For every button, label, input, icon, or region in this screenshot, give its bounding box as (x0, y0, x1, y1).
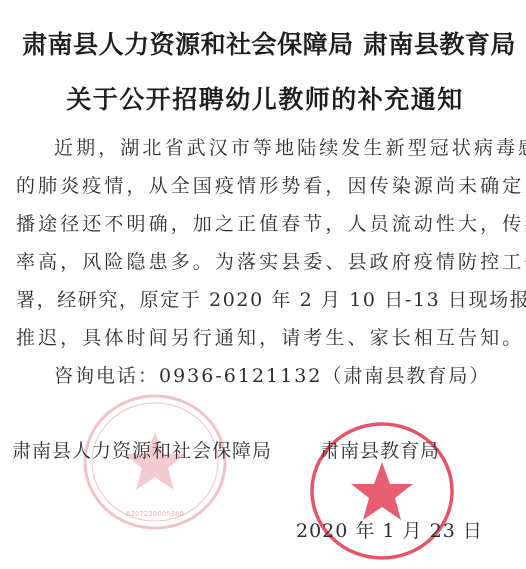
body-line-5: 署，经研究，原定于 2020 年 2 月 10 日-13 日现场报名时间 (16, 285, 526, 312)
title-line-1: 肃南县人力资源和社会保障局 肃南县教育局 (6, 25, 526, 61)
svg-text:6207230005360: 6207230005360 (126, 510, 184, 518)
contact-line: 咨询电话：0936-6121132（肃南县教育局） (54, 361, 490, 388)
signature-hr-bureau: 肃南县人力资源和社会保障局 (12, 436, 272, 463)
star-icon (351, 462, 413, 520)
title-line-2: 关于公开招聘幼儿教师的补充通知 (2, 80, 526, 116)
body-line-2: 的肺炎疫情，从全国疫情形势看，因传染源尚未确定，传 (16, 171, 526, 198)
body-line-6: 推迟，具体时间另行通知，请考生、家长相互告知。 (16, 323, 524, 350)
body-line-1: 近期，湖北省武汉市等地陆续发生新型冠状病毒感染 (54, 133, 526, 160)
body-line-3: 播途径还不明确，加之正值春节，人员流动性大，传染几 (16, 209, 526, 236)
document-date: 2020 年 1 月 23 日 (296, 516, 483, 543)
signature-education-bureau: 肃南县教育局 (320, 436, 440, 463)
body-line-4: 率高，风险隐患多。为落实县委、县政府疫情防控工作部 (16, 247, 526, 274)
